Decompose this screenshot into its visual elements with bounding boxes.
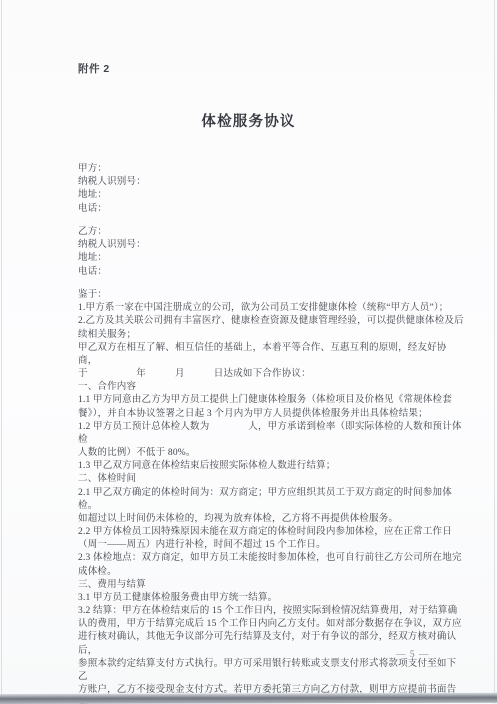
scan-edge-right (494, 0, 495, 704)
scanned-document-page: 附件 2 体检服务协议 甲方：纳税人识别号：地址：电话： 乙方：纳税人识别号：地… (0, 0, 497, 704)
attachment-label: 附件 2 (78, 61, 110, 76)
document-line: 鉴于： (78, 289, 464, 302)
document-line: 甲方： (78, 163, 146, 176)
document-line: （周一——周五）内进行补检，时间不超过 15 个工作日。 (78, 539, 464, 552)
document-line: 甲乙双方在相互了解、相互信任的基础上，本着平等合作、互惠互利的原则，经友好协商， (78, 342, 464, 368)
document-line: 纳税人识别号： (78, 176, 146, 189)
document-line: 乙方： (78, 226, 146, 239)
document-line: 2.2 甲方体检员工因特殊原因未能在双方商定的体检时间段内参加体检，应在正常工作… (78, 526, 464, 539)
document-line: 1.2 甲方员工预计总体检人数为 人，甲方承诺到检率（即实际体检的人数和预计体检 (78, 421, 464, 447)
document-line: 1.3 甲乙双方同意在体检结束后按照实际体检人数进行结算； (78, 460, 464, 473)
document-line: 1.1 甲方同意由乙方为甲方员工提供上门健康体检服务（体检项目及价格见《常规体检… (78, 394, 464, 407)
page-number: — 5 — (396, 650, 430, 660)
document-line: 二、体检时间 (78, 473, 464, 486)
document-line: 2.3 体检地点：双方商定，如甲方员工未能按时参加体检，也可自行前往乙方公司所在… (78, 552, 464, 565)
document-line: 1.甲方系一家在中国注册成立的公司，欲为公司员工安排健康体检（统称“甲方人员”）… (78, 302, 464, 315)
agreement-body: 鉴于：1.甲方系一家在中国注册成立的公司，欲为公司员工安排健康体检（统称“甲方人… (78, 289, 464, 704)
document-line: 于 年 月 日达成如下合作协议： (78, 368, 464, 381)
document-line: 认的费用，甲方于结算完成后 15 个工作日内向乙方支付。如对部分数据存在争议，双… (78, 618, 464, 631)
document-line: 三、费用与结算 (78, 579, 464, 592)
document-line: 纳税人识别号： (78, 239, 146, 252)
document-title: 体检服务协议 (0, 110, 497, 131)
document-line: 如超过以上时间仍未体检的，均视为放弃体检，乙方将不再提供体检服务。 (78, 513, 464, 526)
document-line: 餐》），并自本协议签署之日起 3 个月内为甲方人员提供体检服务并出具体检结果； (78, 408, 464, 421)
document-line: 3.2 结算：甲方在体检结束后的 15 个工作日内，按照实际到检情况结算费用，对… (78, 605, 464, 618)
party-b-block: 乙方：纳税人识别号：地址：电话： (78, 226, 146, 279)
document-line: 地址： (78, 189, 146, 202)
document-line: 电话： (78, 203, 146, 216)
document-line: 3.1 甲方员工健康体检服务费由甲方统一结算。 (78, 592, 464, 605)
document-line: 续相关服务； (78, 329, 464, 342)
document-line: 2.1 甲乙双方确定的体检时间为：双方商定；甲方应组织其员工于双方商定的时间参加… (78, 487, 464, 513)
document-line: 人数的比例）不低于 80%。 (78, 447, 464, 460)
document-line: 地址： (78, 252, 146, 265)
document-line: 参照本款约定结算支付方式执行。甲方可采用银行转账或支票支付形式将款项支付至如下乙 (78, 658, 464, 684)
scan-edge-bottom (0, 693, 497, 704)
document-line: 一、合作内容 (78, 381, 464, 394)
document-line: 成体检。 (78, 566, 464, 579)
party-a-block: 甲方：纳税人识别号：地址：电话： (78, 163, 146, 216)
document-line: 电话： (78, 266, 146, 279)
document-line: 2.乙方及其关联公司拥有丰富医疗、健康检查资源及健康管理经验，可以提供健康体检及… (78, 315, 464, 328)
scan-edge-left (1, 0, 2, 704)
